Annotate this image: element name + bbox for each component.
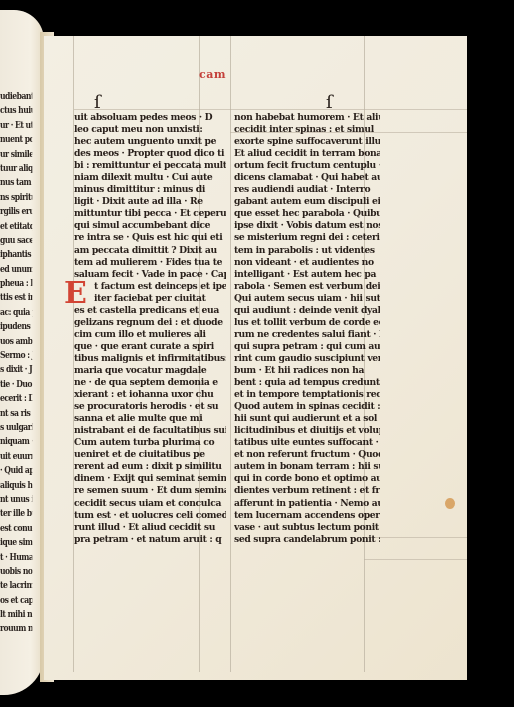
left-page-line: niquam · Jn bbox=[0, 435, 32, 449]
left-page-line: ed unum li bbox=[0, 263, 32, 277]
text-column-2: non habebat humorem · Et aliudcecidit in… bbox=[234, 112, 380, 546]
text-line: maria que vocatur magdale bbox=[74, 365, 226, 377]
text-line: cecidit inter spinas : et simul bbox=[234, 124, 380, 136]
text-line: intelligant · Est autem hec pa bbox=[234, 269, 380, 281]
left-page-line: guu sacer bbox=[0, 234, 32, 248]
text-line: t factum est deinceps et ipe bbox=[74, 281, 226, 293]
left-page-line: uos ambulu bbox=[0, 335, 32, 349]
facing-left-page: udiebant omctus huius diur · Et ut uiden… bbox=[0, 10, 44, 695]
text-line: gabant autem eum discipuli ei : bbox=[234, 196, 380, 208]
text-line: et non referunt fructum · Quod bbox=[234, 449, 380, 461]
text-line: saluam fecit · Vade in pace · Cap bbox=[74, 269, 226, 281]
text-line: qui audiunt : deinde venit dyabo bbox=[234, 305, 380, 317]
left-page-line: tie · Duo Du bbox=[0, 378, 32, 392]
text-line: et in tempore temptationis recedunt · bbox=[234, 389, 380, 401]
text-line: iter faciebat per ciuitat bbox=[74, 293, 226, 305]
left-page-line: s uulgaris bbox=[0, 421, 32, 435]
left-page-line: t · Humani bbox=[0, 551, 32, 565]
ruling-line-horizontal bbox=[74, 109, 467, 110]
text-line: xierant : et iohanna uxor chu bbox=[74, 389, 226, 401]
left-page-line: ttis est iniu bbox=[0, 291, 32, 305]
text-line: que esset hec parabola · Quibus bbox=[234, 208, 380, 220]
left-page-line: est conuers bbox=[0, 522, 32, 536]
text-line: vase · aut subtus lectum ponit : bbox=[234, 522, 380, 534]
left-page-line: ecerit : Dc bbox=[0, 392, 32, 406]
left-page-line: pheua : lux bbox=[0, 277, 32, 291]
left-page-line: lt mihi non bbox=[0, 608, 32, 622]
text-line: que · que erant curate a spiri bbox=[74, 341, 226, 353]
text-line: lus et tollit verbum de corde eo bbox=[234, 317, 380, 329]
text-line: sanna et alie multe que mi bbox=[74, 413, 226, 425]
left-page-line: te lacrimis bbox=[0, 579, 32, 593]
left-page-line: rouum non bbox=[0, 622, 32, 636]
left-page-line: nt sa ris bbox=[0, 407, 32, 421]
text-line: re semen suum · Et dum seminat : aliud bbox=[74, 485, 226, 497]
text-line: des meos · Propter quod dico ti bbox=[74, 148, 226, 160]
left-page-line: ique simon bbox=[0, 536, 32, 550]
text-line: dientes verbum retinent : et fructu bbox=[234, 485, 380, 497]
left-page-line: ur similes sum bbox=[0, 148, 32, 162]
left-page-line: tuur aliquo bbox=[0, 162, 32, 176]
text-line: niam dilexit multu · Cui aute bbox=[74, 172, 226, 184]
text-line: ne · de qua septem demonia e bbox=[74, 377, 226, 389]
text-line: am peccata dimittit ? Dixit au bbox=[74, 245, 226, 257]
text-line: bum · Et hii radices non ha bbox=[234, 365, 380, 377]
text-line: rerent ad eum : dixit p similitu bbox=[74, 461, 226, 473]
left-page-line: aliquis hai bbox=[0, 479, 32, 493]
left-page-line: ctus huius di bbox=[0, 104, 32, 118]
text-line: se procuratoris herodis · et su bbox=[74, 401, 226, 413]
text-line: tum est · et uolucres celi comede bbox=[74, 510, 226, 522]
text-line: res audiendi audiat · Interro bbox=[234, 184, 380, 196]
text-line: tatibus uite euntes suffocant · bbox=[234, 437, 380, 449]
text-line: ortum fecit fructum centuplu · Hec bbox=[234, 160, 380, 172]
left-page-line: nus tam bux bbox=[0, 176, 32, 190]
text-line: se misterium regni dei : ceteris au bbox=[234, 232, 380, 244]
left-page-line: ur · Et ut uide bbox=[0, 119, 32, 133]
text-line: re intra se · Quis est hic qui eti bbox=[74, 232, 226, 244]
text-line: runt illud · Et aliud cecidit su bbox=[74, 522, 226, 534]
manuscript-page: cam ſ ſ uit absoluam pedes meos · Dleo c… bbox=[44, 36, 467, 680]
text-line: uit absoluam pedes meos · D bbox=[74, 112, 226, 124]
text-line: nistrabant ei de facultatibus suis· bbox=[74, 425, 226, 437]
text-line: hii sunt qui audierunt et a sol bbox=[234, 413, 380, 425]
text-line: sed supra candelabrum ponit : bbox=[234, 534, 380, 546]
text-line: Cum autem turba plurima co bbox=[74, 437, 226, 449]
text-line: es et castella predicans et eua bbox=[74, 305, 226, 317]
left-page-line: iphantis ea bbox=[0, 248, 32, 262]
ascender-flourish: ſ bbox=[326, 92, 333, 113]
left-page-text: udiebant omctus huius diur · Et ut uiden… bbox=[0, 90, 38, 637]
text-line: ipse dixit · Vobis datum est nos bbox=[234, 220, 380, 232]
text-line: qui simul accumbebant dice bbox=[74, 220, 226, 232]
left-page-line: os et capill bbox=[0, 594, 32, 608]
left-page-line: udiebant om bbox=[0, 90, 32, 104]
text-column-1: uit absoluam pedes meos · Dleo caput meu… bbox=[74, 112, 226, 546]
left-page-line: Sermo : Jl bbox=[0, 349, 32, 363]
text-line: tibus malignis et infirmitatibus: bbox=[74, 353, 226, 365]
text-line: tem lucernam accendens operit eam bbox=[234, 510, 380, 522]
left-page-line: uit euurn bbox=[0, 450, 32, 464]
ruling-line-horizontal bbox=[364, 559, 467, 560]
text-line: exorte spine suffocaverunt illud· bbox=[234, 136, 380, 148]
left-page-line: ter ille bux bbox=[0, 507, 32, 521]
text-line: dinem · Exijt qui seminat semina bbox=[74, 473, 226, 485]
text-line: minus dimittitur : minus di bbox=[74, 184, 226, 196]
left-page-line: · Quid ap bbox=[0, 464, 32, 478]
text-line: tem ad mulierem · Fides tua te bbox=[74, 257, 226, 269]
text-line: Et aliud cecidit in terram bonam : et bbox=[234, 148, 380, 160]
text-line: leo caput meu non unxisti: bbox=[74, 124, 226, 136]
text-line: ligit · Dixit aute ad illa · Re bbox=[74, 196, 226, 208]
text-line: tem in parabolis : ut videntes bbox=[234, 245, 380, 257]
foxing-stain bbox=[445, 498, 455, 509]
text-line: rum ne credentes salui fiant · Nam bbox=[234, 329, 380, 341]
text-line: rabola · Semen est verbum dei · bbox=[234, 281, 380, 293]
left-page-line: nt unus i s bbox=[0, 493, 32, 507]
text-line: rint cum gaudio suscipiunt ver bbox=[234, 353, 380, 365]
text-line: gelizans regnum dei : et duode bbox=[74, 317, 226, 329]
text-line: cecidit secus uiam et conculca bbox=[74, 498, 226, 510]
text-line: dicens clamabat · Qui habet au bbox=[234, 172, 380, 184]
text-line: bent : quia ad tempus credunt · bbox=[234, 377, 380, 389]
text-line: qui supra petram : qui cum audie bbox=[234, 341, 380, 353]
left-page-line: nuent populu bbox=[0, 133, 32, 147]
left-page-line: ac: quia pu bbox=[0, 306, 32, 320]
text-line: licitudinibus et diuitijs et volup bbox=[234, 425, 380, 437]
left-page-line: rgilis eru bbox=[0, 205, 32, 219]
text-line: Qui autem secus uiam · hii sut bbox=[234, 293, 380, 305]
text-line: mittuntur tibi pecca · Et ceperut bbox=[74, 208, 226, 220]
text-line: non habebat humorem · Et aliud bbox=[234, 112, 380, 124]
text-line: Quod autem in spinas cecidit : bbox=[234, 401, 380, 413]
rubricated-initial: E bbox=[64, 279, 87, 309]
text-line: hec autem unguento unxit pe bbox=[74, 136, 226, 148]
left-page-line: et etitatque bbox=[0, 220, 32, 234]
ascender-flourish: ſ bbox=[94, 92, 101, 113]
running-head: cam bbox=[199, 68, 226, 81]
text-line: non videant · et audientes no bbox=[234, 257, 380, 269]
text-line: pra petram · et natum aruit : q bbox=[74, 534, 226, 546]
text-line: cim cum illo et mulieres ali bbox=[74, 329, 226, 341]
text-line: ueniret et de ciuitatibus pe bbox=[74, 449, 226, 461]
left-page-line: ns spiritus bbox=[0, 191, 32, 205]
text-line: afferunt in patientia · Nemo au bbox=[234, 498, 380, 510]
left-page-line: ipudens ille bbox=[0, 320, 32, 334]
text-line: autem in bonam terram : hii sunt bbox=[234, 461, 380, 473]
text-line: qui in corde bono et optimo au bbox=[234, 473, 380, 485]
text-line: bi : remittuntur ei peccata multa: q bbox=[74, 160, 226, 172]
left-page-line: uobis nos bbox=[0, 565, 32, 579]
left-page-line: s dixit · Jt bbox=[0, 363, 32, 377]
